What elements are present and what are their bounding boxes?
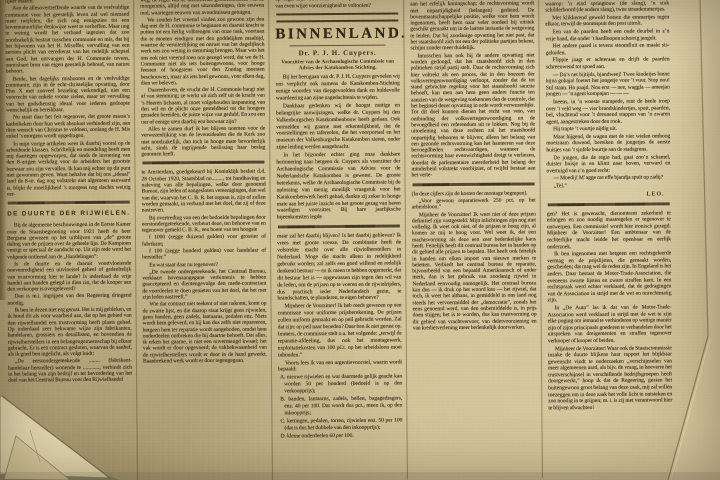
paragraph: Aan de allesovertreffende waarde van de … [5, 5, 130, 75]
paragraph: „De eerstondergeteekende ........ (fabri… [8, 358, 132, 384]
paragraph: In „De Auto” las ik dat van de Motor-Tra… [548, 304, 672, 345]
article-divider-rule [8, 201, 130, 205]
paragraph: — Da’s net bijtijds, bjandweej! Twee kin… [546, 71, 670, 98]
paragraph: Intusschen kan ook bij de andere opvatti… [411, 52, 536, 179]
paragraph: Een van de paarden heeft een oude deurbe… [545, 28, 669, 42]
paragraph: Maar hijgend, de wagen met de vier wiele… [546, 133, 670, 154]
article-title-name: Dr. P. J. H. Cuypers. [276, 48, 400, 58]
paragraph: Daarenboven, de vrucht der H. Communie h… [141, 87, 265, 126]
paragraph: Dan is m.i. ingrijpen van den Regeering … [7, 293, 131, 307]
paragraph: Mijnheer de Voorzitter! Ik heb reeds gew… [278, 303, 402, 359]
paragraph-continued: weg, de regel van de uitsluitende geoorl… [140, 0, 264, 16]
paragraph: Bij de algemeene beschouwingen in de Eer… [7, 222, 131, 261]
paragraph: Is de duurte en de daaruit voortvloeiend… [7, 261, 131, 293]
paragraph-continued: gen? Het is gewenscht, dienomtrent zeker… [547, 210, 671, 251]
paragraph: Met klikkerend geweld botsen die emmertj… [545, 14, 669, 28]
column-3: opvolger zijn voorbeschikt om zijn werk … [275, 0, 408, 480]
paragraph: „Voor gewoon reparatiewerk 250 pct. op h… [412, 197, 536, 211]
article-divider-rule [548, 202, 670, 206]
paragraph: Bij overtreding van een der bedoelde bep… [142, 214, 266, 234]
paragraph: Nu staat daar het feit tegenover, dat gr… [6, 114, 130, 140]
article-byline: Voorzitter van de Archaeologische Commis… [280, 58, 396, 71]
section-double-rule [276, 12, 398, 22]
paragraph: De jongen, die de regie had, gaat zoo’n … [546, 154, 670, 175]
paragraph: Dankbaar gedenken wij de hoogst nuttige … [276, 102, 400, 151]
paragraph: Bij het heengaan van dr. P. J. H. Cuyper… [276, 74, 400, 103]
paragraph: Mijnheer de Voorzitter! Ik weet niet of … [412, 211, 537, 332]
article-heading: DE DUURTE DER RIJWIELEN. [7, 209, 131, 219]
paragraph: Ik ben ingenomen met hetgeen een rechtsg… [547, 251, 671, 305]
section-heading: BINNENLAND. [275, 24, 399, 43]
paragraph: Hij trapte ’t vuurtje nijdig uit. [546, 126, 670, 134]
paragraph: Ineens, in ’n woeste stampede, rent de h… [546, 98, 670, 125]
newspaper-sheet: lijker maken.Aan de allesovertreffende w… [5, 0, 669, 480]
paragraph: In het bijzonder echter ging onze dankba… [276, 152, 401, 222]
paragraph-continued: maar zal het daarbij blijven? Is het daa… [277, 233, 402, 303]
column-4: centrale onpartijdigheid en de werkelijk… [410, 0, 543, 479]
paragraph: En wat staat daar nu tegenover? [142, 261, 266, 268]
article-divider-rule [278, 225, 400, 229]
article-divider-rule [413, 182, 535, 186]
paragraph: f 100 (zegge honderd gulden) voor handel… [142, 248, 266, 262]
column-1: lijker maken.Aan de allesovertreffende w… [5, 0, 138, 480]
paragraph: Wie dat contract niet teekent of niet na… [142, 301, 266, 365]
scanned-newspaper-photo: lijker maken.Aan de allesovertreffende w… [0, 0, 720, 480]
paragraph: In mijn vorige artikelen wees ik daarbij… [6, 140, 130, 198]
paragraph: f 1000 (zegge duizend gulden) voor gross… [142, 234, 266, 248]
paragraph: Flippie jaagt er achteraan en drijft de … [546, 57, 670, 71]
paragraph-continued: centrale onpartijdigheid en de werkelijk… [410, 0, 534, 52]
paragraph: Beide, het dagelijks mishooren en de vee… [6, 75, 130, 114]
paragraph: — Moedij! M’agge me effe bjandja spuit o… [547, 175, 671, 183]
paragraph-continued: opvolger zijn voorbeschikt om zijn werk … [275, 0, 399, 10]
paragraph: „Tel.” [547, 182, 671, 190]
list-item: B. banden, lantaarns, zadels, bellen, ba… [278, 396, 402, 418]
thin-rule [289, 44, 385, 46]
paragraph: Alles te zamen durf ik het blijven noeme… [141, 125, 265, 157]
paragraph-continued: te Amsterdam, goedgekeurd bij Koninklijk… [141, 169, 265, 214]
paragraph: Ik ben in dezen niet erg gerust. Het is … [8, 307, 132, 358]
list-item: C. kettingen, pedalen, torren, rijwielen… [278, 417, 402, 432]
author-signature: LEO. [547, 191, 665, 199]
column-2: weg, de regel van de uitsluitende geoorl… [140, 0, 273, 480]
paragraph: Het andere paard is tevens stoomfluit en… [545, 43, 669, 57]
column-5: Ze zijn samen gespannen voor ’n heel kle… [545, 0, 677, 478]
article-divider-rule [142, 161, 264, 165]
paragraph: We zouden het vreemd vinden zoo gewoon z… [140, 16, 265, 86]
paragraph: „De tweede ondergeteekende, het Centraal… [142, 268, 266, 300]
paragraph-continued: Ze zijn samen gespannen voor ’n heel kle… [545, 0, 669, 14]
paragraph: Voorts lees ik van een urgentievoorstel,… [278, 359, 402, 374]
list-item: A. nieuwe rijwielen en wat daarmede geli… [278, 374, 402, 396]
paragraph: Mijnheer de Voorzitter! Waar ook de Staa… [548, 345, 673, 412]
list-item: D. kleine onderdeelen 60 per 100. [279, 432, 403, 440]
paragraph-continued: (In deze cijfers zijn de kosten der mont… [412, 190, 536, 197]
